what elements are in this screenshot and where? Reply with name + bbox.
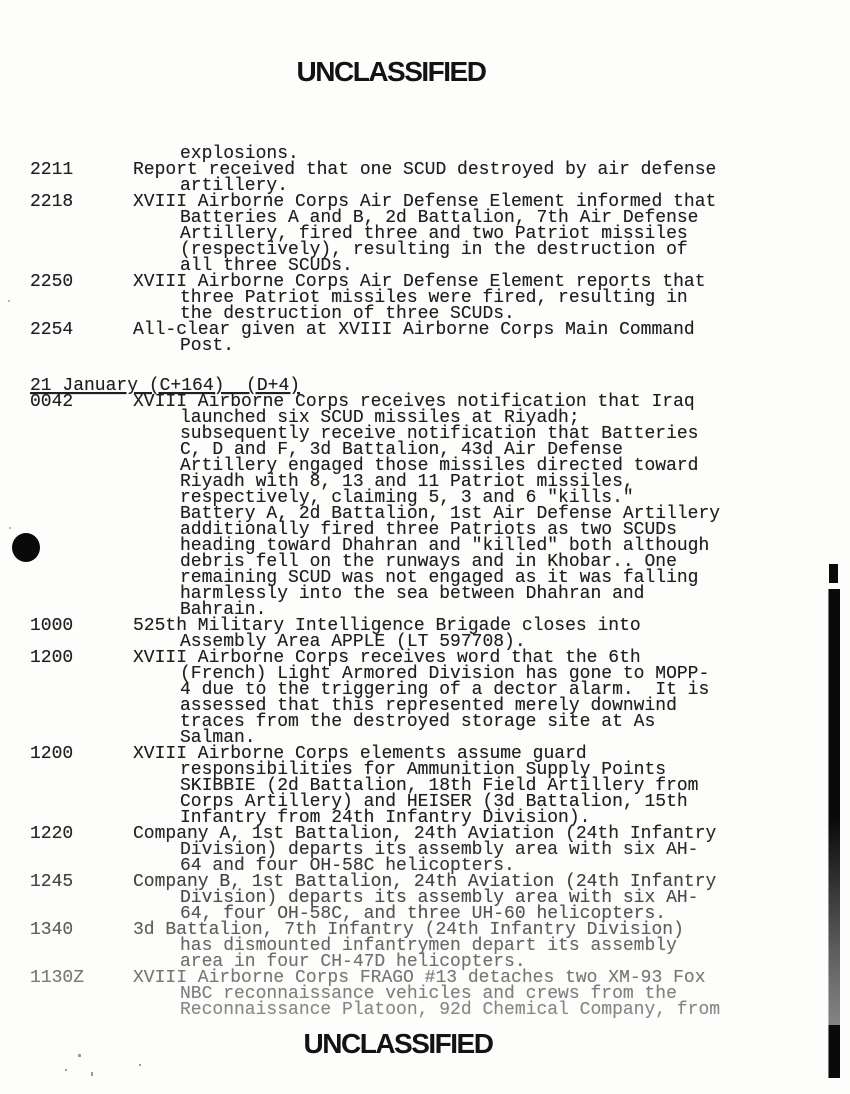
document-page: UNCLASSIFIED explosions.2211Report recei… (0, 0, 850, 1094)
entry-time: 0042 (30, 394, 73, 410)
log-line: Post. (30, 338, 830, 354)
entry-time: 1220 (30, 826, 73, 842)
scan-artifact-bar-small (829, 564, 838, 583)
log-line: 2254All-clear given at XVIII Airborne Co… (30, 322, 830, 338)
classification-header: UNCLASSIFIED (0, 56, 782, 88)
entry-time: 1000 (30, 618, 73, 634)
log-line: harmlessly into the sea between Dhahran … (30, 586, 830, 602)
entry-time: 2218 (30, 194, 73, 210)
log-line: (respectively), resulting in the destruc… (30, 242, 830, 258)
entry-time: 1200 (30, 650, 73, 666)
scan-artifact-bar-long (828, 589, 840, 1078)
log-line: traces from the destroyed storage site a… (30, 714, 830, 730)
log-line: 2211Report received that one SCUD destro… (30, 162, 830, 178)
classification-footer: UNCLASSIFIED (0, 1028, 796, 1060)
entry-text: Post. (180, 338, 234, 354)
log-line: Reconnaissance Platoon, 92d Chemical Com… (30, 1002, 830, 1018)
entry-time: 2250 (30, 274, 73, 290)
scan-speck (139, 1064, 141, 1066)
entry-text: Reconnaissance Platoon, 92d Chemical Com… (180, 1002, 720, 1018)
entry-time: 1200 (30, 746, 73, 762)
entry-time: 1245 (30, 874, 73, 890)
scan-speck (8, 300, 10, 302)
event-log: explosions.2211Report received that one … (30, 146, 830, 1018)
entry-time: 2254 (30, 322, 73, 338)
scan-speck (91, 1072, 93, 1076)
scan-speck (9, 527, 11, 529)
entry-time: 1340 (30, 922, 73, 938)
scan-speck (65, 1069, 67, 1071)
entry-time: 1130Z (30, 970, 84, 986)
entry-time: 2211 (30, 162, 73, 178)
hole-punch-mark (12, 533, 40, 562)
